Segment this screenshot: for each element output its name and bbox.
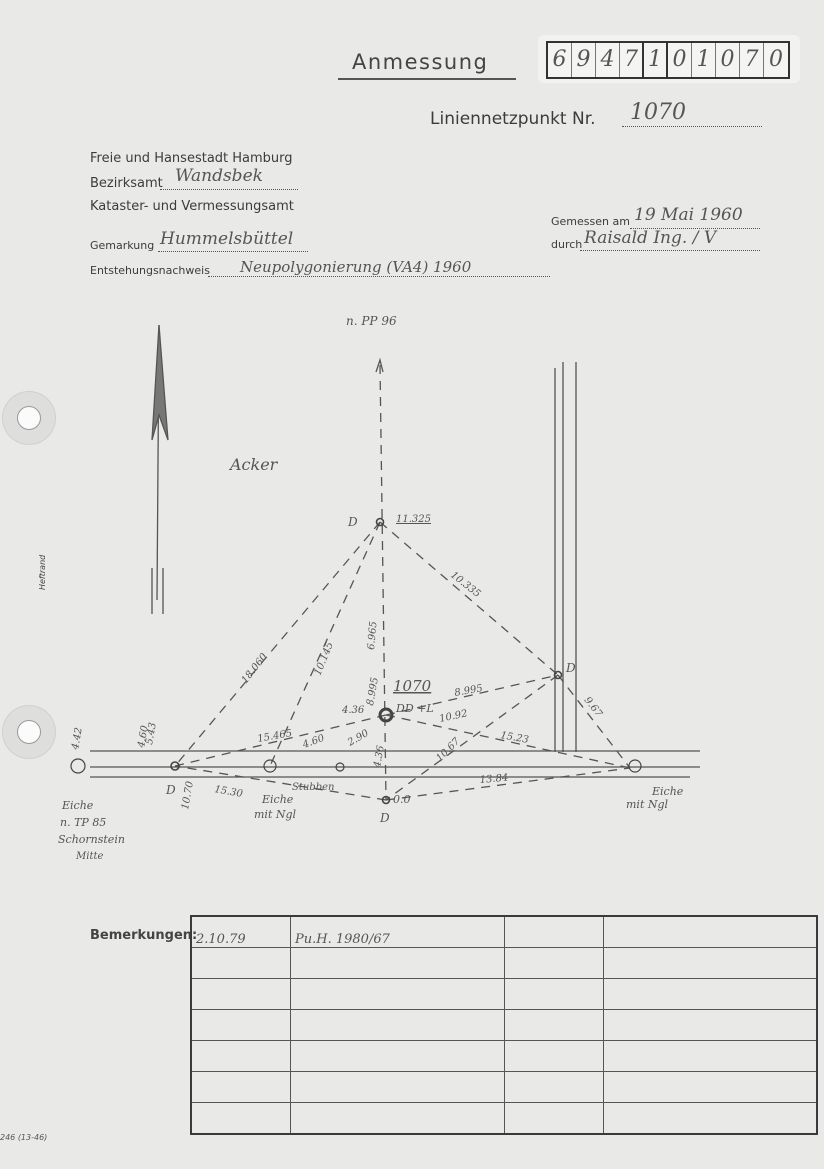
remarks-cell[interactable] — [604, 1041, 818, 1072]
remarks-cell[interactable] — [505, 1041, 604, 1072]
remarks-cell[interactable] — [291, 1041, 505, 1072]
svg-text:Stubben: Stubben — [292, 782, 334, 793]
tree-mid-icon — [264, 760, 276, 772]
survey-sketch: n. PP 96 Acker D 11.325 1070 DD +L D 0.0… — [0, 0, 824, 900]
remarks-cell[interactable] — [604, 1103, 818, 1135]
svg-text:4.36: 4.36 — [372, 744, 387, 769]
svg-text:6.965: 6.965 — [366, 621, 379, 650]
remarks-cell[interactable]: 2.10.79 — [191, 916, 291, 948]
remarks-cell[interactable] — [291, 1103, 505, 1135]
remarks-cell[interactable] — [191, 1103, 291, 1135]
svg-text:mit Ngl: mit Ngl — [254, 808, 297, 821]
svg-text:Eiche: Eiche — [261, 793, 294, 806]
svg-text:10.70: 10.70 — [180, 780, 196, 811]
remarks-cell[interactable] — [505, 916, 604, 948]
remarks-cell[interactable] — [191, 1041, 291, 1072]
svg-text:4.36: 4.36 — [341, 705, 365, 716]
remarks-cell[interactable] — [505, 1010, 604, 1041]
remarks-row — [191, 1103, 817, 1135]
remarks-cell[interactable] — [291, 1072, 505, 1103]
remarks-cell[interactable] — [505, 948, 604, 979]
svg-text:18.060: 18.060 — [240, 651, 271, 686]
remarks-table: 2.10.79Pu.H. 1980/67 — [190, 915, 818, 1135]
form-number: 246 (13-46) — [0, 1133, 47, 1142]
svg-text:D: D — [379, 811, 390, 825]
remarks-cell[interactable] — [291, 948, 505, 979]
field-label: Acker — [228, 455, 279, 474]
tree-left-icon — [71, 759, 85, 773]
remarks-cell[interactable] — [291, 979, 505, 1010]
remarks-cell[interactable] — [191, 948, 291, 979]
svg-text:2.90: 2.90 — [345, 728, 371, 749]
svg-text:Eiche: Eiche — [61, 799, 94, 812]
north-arrow-icon — [152, 325, 168, 614]
svg-text:DD +L: DD +L — [395, 702, 434, 715]
svg-text:5.43: 5.43 — [144, 722, 159, 746]
remarks-cell[interactable] — [505, 979, 604, 1010]
svg-text:15.23: 15.23 — [499, 730, 529, 746]
svg-text:8.995: 8.995 — [454, 683, 484, 699]
remarks-cell[interactable] — [604, 979, 818, 1010]
point-1070-label: 1070 — [393, 677, 432, 695]
svg-text:n. TP 85: n. TP 85 — [60, 816, 106, 829]
north-reference: n. PP 96 — [346, 314, 397, 328]
svg-text:0.0: 0.0 — [393, 793, 411, 806]
svg-text:D: D — [165, 783, 176, 797]
remarks-cell[interactable] — [505, 1072, 604, 1103]
remarks-cell[interactable] — [604, 1010, 818, 1041]
tree-right-icon — [629, 760, 641, 772]
remarks-cell[interactable] — [191, 1072, 291, 1103]
svg-text:4.42: 4.42 — [70, 727, 85, 752]
remarks-cell[interactable] — [505, 1103, 604, 1135]
svg-text:9.67: 9.67 — [582, 695, 605, 720]
svg-text:Schornstein: Schornstein — [58, 833, 125, 846]
remarks-cell[interactable] — [191, 979, 291, 1010]
remarks-row: 2.10.79Pu.H. 1980/67 — [191, 916, 817, 948]
svg-text:10.67: 10.67 — [434, 736, 462, 764]
remarks-label: Bemerkungen: — [90, 928, 197, 943]
svg-text:D: D — [565, 661, 576, 675]
svg-text:11.325: 11.325 — [396, 514, 431, 525]
remarks-row — [191, 979, 817, 1010]
remarks-cell[interactable] — [604, 1072, 818, 1103]
remarks-row — [191, 1041, 817, 1072]
svg-text:mit Ngl: mit Ngl — [626, 798, 669, 811]
remarks-cell[interactable] — [291, 1010, 505, 1041]
svg-text:D: D — [347, 515, 358, 529]
svg-text:8.995: 8.995 — [365, 676, 381, 706]
remarks-cell[interactable]: Pu.H. 1980/67 — [291, 916, 505, 948]
remarks-cell[interactable] — [604, 916, 818, 948]
svg-text:Mitte: Mitte — [75, 851, 103, 862]
remarks-row — [191, 1072, 817, 1103]
remarks-cell[interactable] — [604, 948, 818, 979]
remarks-cell[interactable] — [191, 1010, 291, 1041]
svg-text:Eiche: Eiche — [651, 785, 684, 798]
remarks-row — [191, 1010, 817, 1041]
svg-text:10.145: 10.145 — [313, 641, 336, 678]
svg-text:10.92: 10.92 — [438, 708, 468, 725]
svg-text:15.30: 15.30 — [213, 784, 244, 800]
remarks-row — [191, 948, 817, 979]
